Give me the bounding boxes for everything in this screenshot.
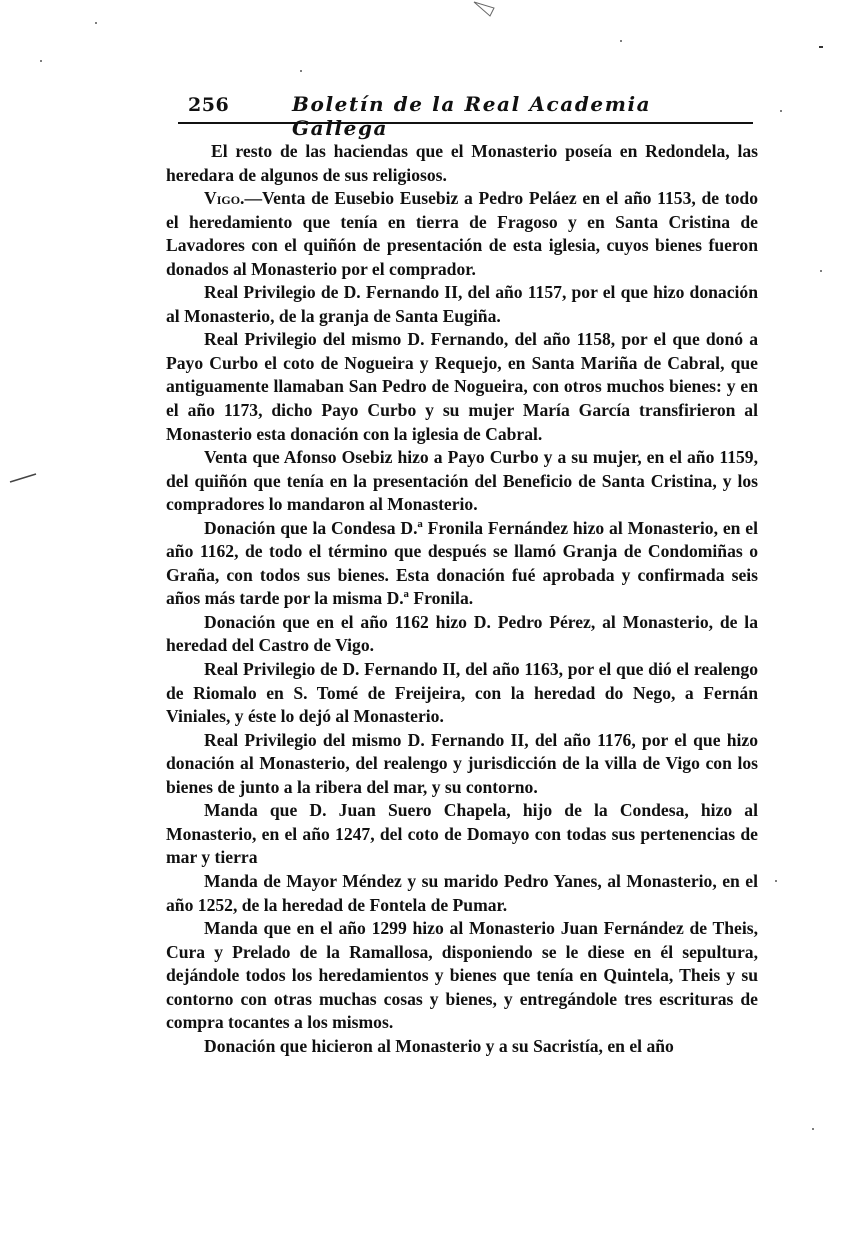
- paragraph: Real Privilegio de D. Fernando II, del a…: [166, 658, 758, 729]
- page-number: 256: [188, 94, 229, 116]
- paragraph: Vigo.—Venta de Eusebio Eusebiz a Pedro P…: [166, 187, 758, 281]
- body-text: El resto de las haciendas que el Monaste…: [166, 140, 758, 1058]
- margin-pencil-mark: [8, 472, 38, 484]
- paragraph-text: —Venta de Eusebio Eusebiz a Pedro Peláez…: [166, 188, 758, 279]
- paragraph: Donación que la Condesa D.ª Fronila Fern…: [166, 517, 758, 611]
- scan-speck: [819, 46, 823, 48]
- paragraph: Real Privilegio de D. Fernando II, del a…: [166, 281, 758, 328]
- paragraph: Manda que D. Juan Suero Chapela, hijo de…: [166, 799, 758, 870]
- header-rule: [178, 122, 753, 124]
- paragraph: El resto de las haciendas que el Monaste…: [166, 140, 758, 187]
- scan-speck: [812, 1128, 814, 1130]
- scan-speck: [95, 22, 97, 24]
- scan-speck: [300, 70, 302, 72]
- paragraph: Donación que hicieron al Monasterio y a …: [166, 1035, 758, 1059]
- paragraph: Donación que en el año 1162 hizo D. Pedr…: [166, 611, 758, 658]
- running-title: Boletín de la Real Academia Gallega: [292, 92, 752, 140]
- scan-artifact-mark: [470, 0, 500, 20]
- scan-speck: [40, 60, 42, 62]
- paragraph: Manda de Mayor Méndez y su marido Pedro …: [166, 870, 758, 917]
- scan-speck: [775, 880, 777, 882]
- running-header: 256 Boletín de la Real Academia Gallega: [178, 92, 752, 122]
- paragraph: Real Privilegio del mismo D. Fernando II…: [166, 729, 758, 800]
- scanned-page: 256 Boletín de la Real Academia Gallega …: [0, 0, 850, 1239]
- paragraph: Venta que Afonso Osebiz hizo a Payo Curb…: [166, 446, 758, 517]
- scan-speck: [820, 270, 822, 272]
- scan-speck: [780, 110, 782, 112]
- paragraph: Manda que en el año 1299 hizo al Monaste…: [166, 917, 758, 1035]
- paragraph: Real Privilegio del mismo D. Fernando, d…: [166, 328, 758, 446]
- section-lead: Vigo.: [204, 188, 244, 208]
- scan-speck: [620, 40, 622, 42]
